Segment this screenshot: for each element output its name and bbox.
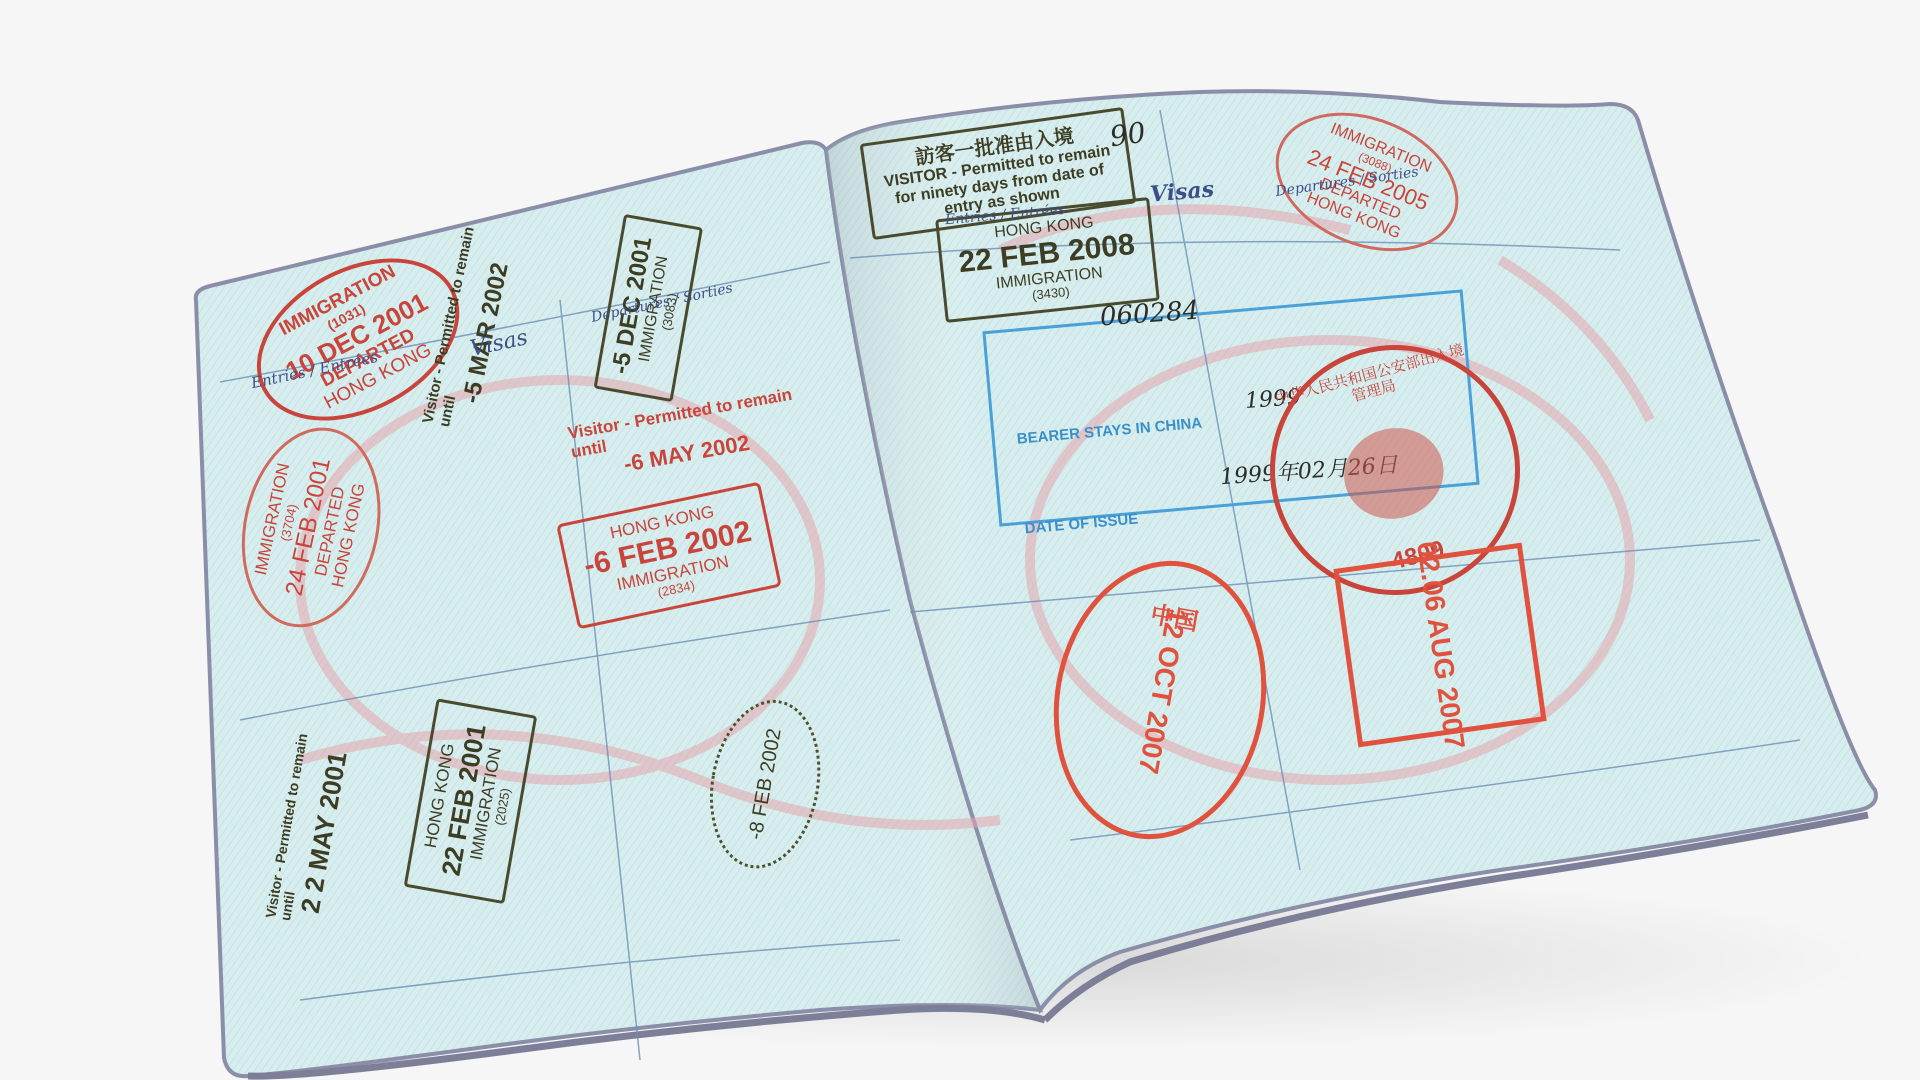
stamp-box-02aug2007: 02.06 AUG 2007	[1333, 543, 1546, 748]
label-visas-right: Visas	[1149, 177, 1215, 207]
passport-scene: IMMIGRATION (1031) 10 DEC 2001 DEPARTED …	[0, 0, 1920, 1080]
emblem-icon	[1334, 417, 1454, 530]
handwritten-90: 90	[1108, 118, 1148, 153]
